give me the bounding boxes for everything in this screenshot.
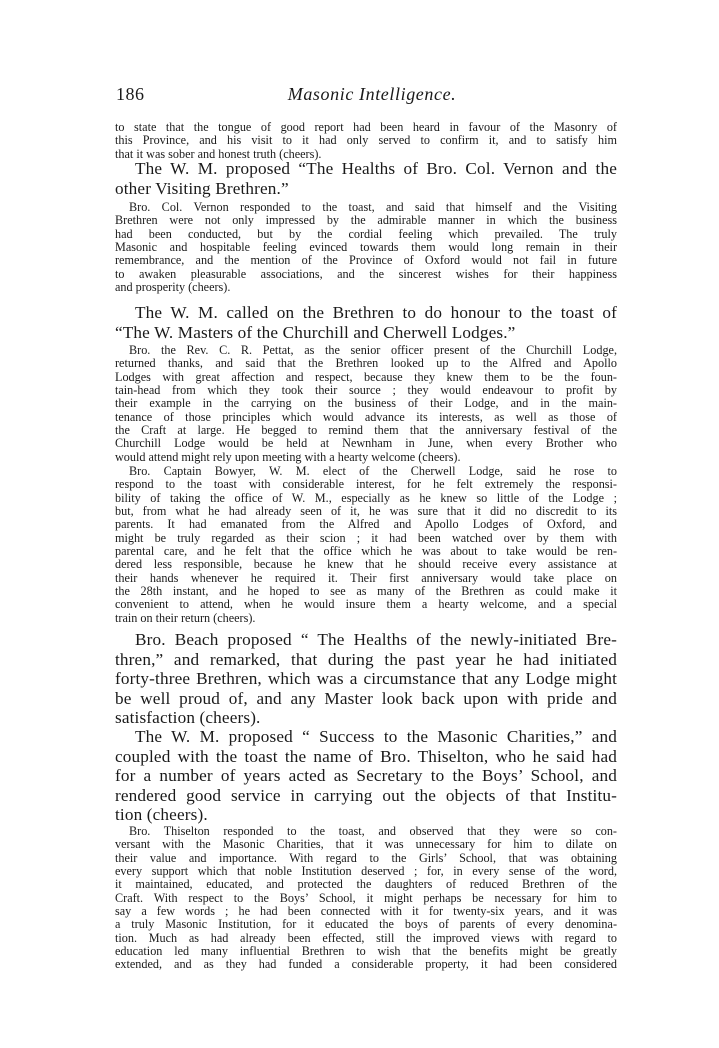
- text-line: and prosperity (cheers).: [115, 281, 617, 294]
- text-line: Bro. the Rev. C. R. Pettat, as the senio…: [115, 344, 617, 357]
- book-page: 186 Masonic Intelligence. to state that …: [0, 0, 719, 1048]
- text-line: tion (cheers).: [115, 805, 617, 825]
- text-line: parents. It had emanated from the Alfred…: [115, 518, 617, 531]
- text-line: coupled with the toast the name of Bro. …: [115, 747, 617, 767]
- paragraph-closing-remarks: to state that the tongue of good report …: [115, 121, 617, 161]
- paragraph-thiselton-response: Bro. Thiselton responded to the toast, a…: [115, 825, 617, 972]
- text-line: might be truly regarded as their scion ;…: [115, 532, 617, 545]
- paragraph-vernon-response: Bro. Col. Vernon responded to the toast,…: [115, 201, 617, 294]
- text-line: forty-three Brethren, which was a circum…: [115, 669, 617, 689]
- text-line: rendered good service in carrying out th…: [115, 786, 617, 806]
- text-line: convenient to attend, when he would insu…: [115, 598, 617, 611]
- text-line: The W. M. called on the Brethren to do h…: [115, 303, 617, 323]
- page-header: 186 Masonic Intelligence.: [116, 84, 628, 106]
- text-line: Bro. Thiselton responded to the toast, a…: [115, 825, 617, 838]
- text-line: thren,” and remarked, that during the pa…: [115, 650, 617, 670]
- running-title: Masonic Intelligence.: [116, 84, 628, 105]
- text-line: Brethren were not only impressed by the …: [115, 214, 617, 227]
- text-line: would attend might rely upon meeting wit…: [115, 451, 617, 464]
- text-line: their example in the carrying on the bus…: [115, 397, 617, 410]
- text-line: Bro. Col. Vernon responded to the toast,…: [115, 201, 617, 214]
- toast-heading-masters: The W. M. called on the Brethren to do h…: [115, 303, 617, 342]
- text-line: it maintained, educated, and protected t…: [115, 878, 617, 891]
- text-line: The W. M. proposed “ Success to the Maso…: [115, 727, 617, 747]
- text-line: respond to the toast with considerable i…: [115, 478, 617, 491]
- text-line: for a number of years acted as Secretary…: [115, 766, 617, 786]
- text-line: but, from what he had already seen of it…: [115, 505, 617, 518]
- text-line: a truly Masonic Institution, for it educ…: [115, 918, 617, 931]
- text-line: tain-head from which they took their sou…: [115, 384, 617, 397]
- text-line: remembrance, and the mention of the Prov…: [115, 254, 617, 267]
- text-line: extended, and as they had funded a consi…: [115, 958, 617, 971]
- paragraph-pettat-response: Bro. the Rev. C. R. Pettat, as the senio…: [115, 344, 617, 464]
- text-line: Craft. With respect to the Boys’ School,…: [115, 892, 617, 905]
- text-line: parental care, and he felt that the offi…: [115, 545, 617, 558]
- text-line: Lodges with great affection and respect,…: [115, 371, 617, 384]
- text-line: their hands whenever he required it. The…: [115, 572, 617, 585]
- text-line: tenance of those principles which would …: [115, 411, 617, 424]
- text-line: to awaken pleasurable associations, and …: [115, 268, 617, 281]
- text-line: dered less responsible, because he knew …: [115, 558, 617, 571]
- text-line: train on their return (cheers).: [115, 612, 617, 625]
- text-line: the Craft at large. He begged to remind …: [115, 424, 617, 437]
- text-line: satisfaction (cheers).: [115, 708, 617, 728]
- text-line: bility of taking the office of W. M., es…: [115, 492, 617, 505]
- text-line: The W. M. proposed “The Healths of Bro. …: [115, 159, 617, 179]
- text-line: Bro. Captain Bowyer, W. M. elect of the …: [115, 465, 617, 478]
- text-line: say a few words ; he had been connected …: [115, 905, 617, 918]
- text-line: education led many influential Brethren …: [115, 945, 617, 958]
- text-line: to state that the tongue of good report …: [115, 121, 617, 134]
- text-line: versant with the Masonic Charities, that…: [115, 838, 617, 851]
- text-line: their value and importance. With regard …: [115, 852, 617, 865]
- text-line: Bro. Beach proposed “ The Healths of the…: [115, 630, 617, 650]
- text-line: Masonic and hospitable feeling evinced t…: [115, 241, 617, 254]
- paragraph-bowyer-response: Bro. Captain Bowyer, W. M. elect of the …: [115, 465, 617, 625]
- text-line: Churchill Lodge would be held at Newnham…: [115, 437, 617, 450]
- text-line: had been conducted, but by the cordial f…: [115, 228, 617, 241]
- text-line: be well proud of, and any Master look ba…: [115, 689, 617, 709]
- text-line: this Province, and his visit to it had o…: [115, 134, 617, 147]
- toast-heading-vernon: The W. M. proposed “The Healths of Bro. …: [115, 159, 617, 198]
- text-line: “The W. Masters of the Churchill and Che…: [115, 323, 617, 343]
- text-line: returned thanks, and said that the Breth…: [115, 357, 617, 370]
- text-line: the 28th instant, and he hoped to see as…: [115, 585, 617, 598]
- text-line: tion. Much as had already been effected,…: [115, 932, 617, 945]
- text-line: other Visiting Brethren.”: [115, 179, 617, 199]
- text-line: every support which that noble Instituti…: [115, 865, 617, 878]
- toast-heading-masonic-charities: The W. M. proposed “ Success to the Maso…: [115, 727, 617, 825]
- toast-heading-newly-initiated: Bro. Beach proposed “ The Healths of the…: [115, 630, 617, 728]
